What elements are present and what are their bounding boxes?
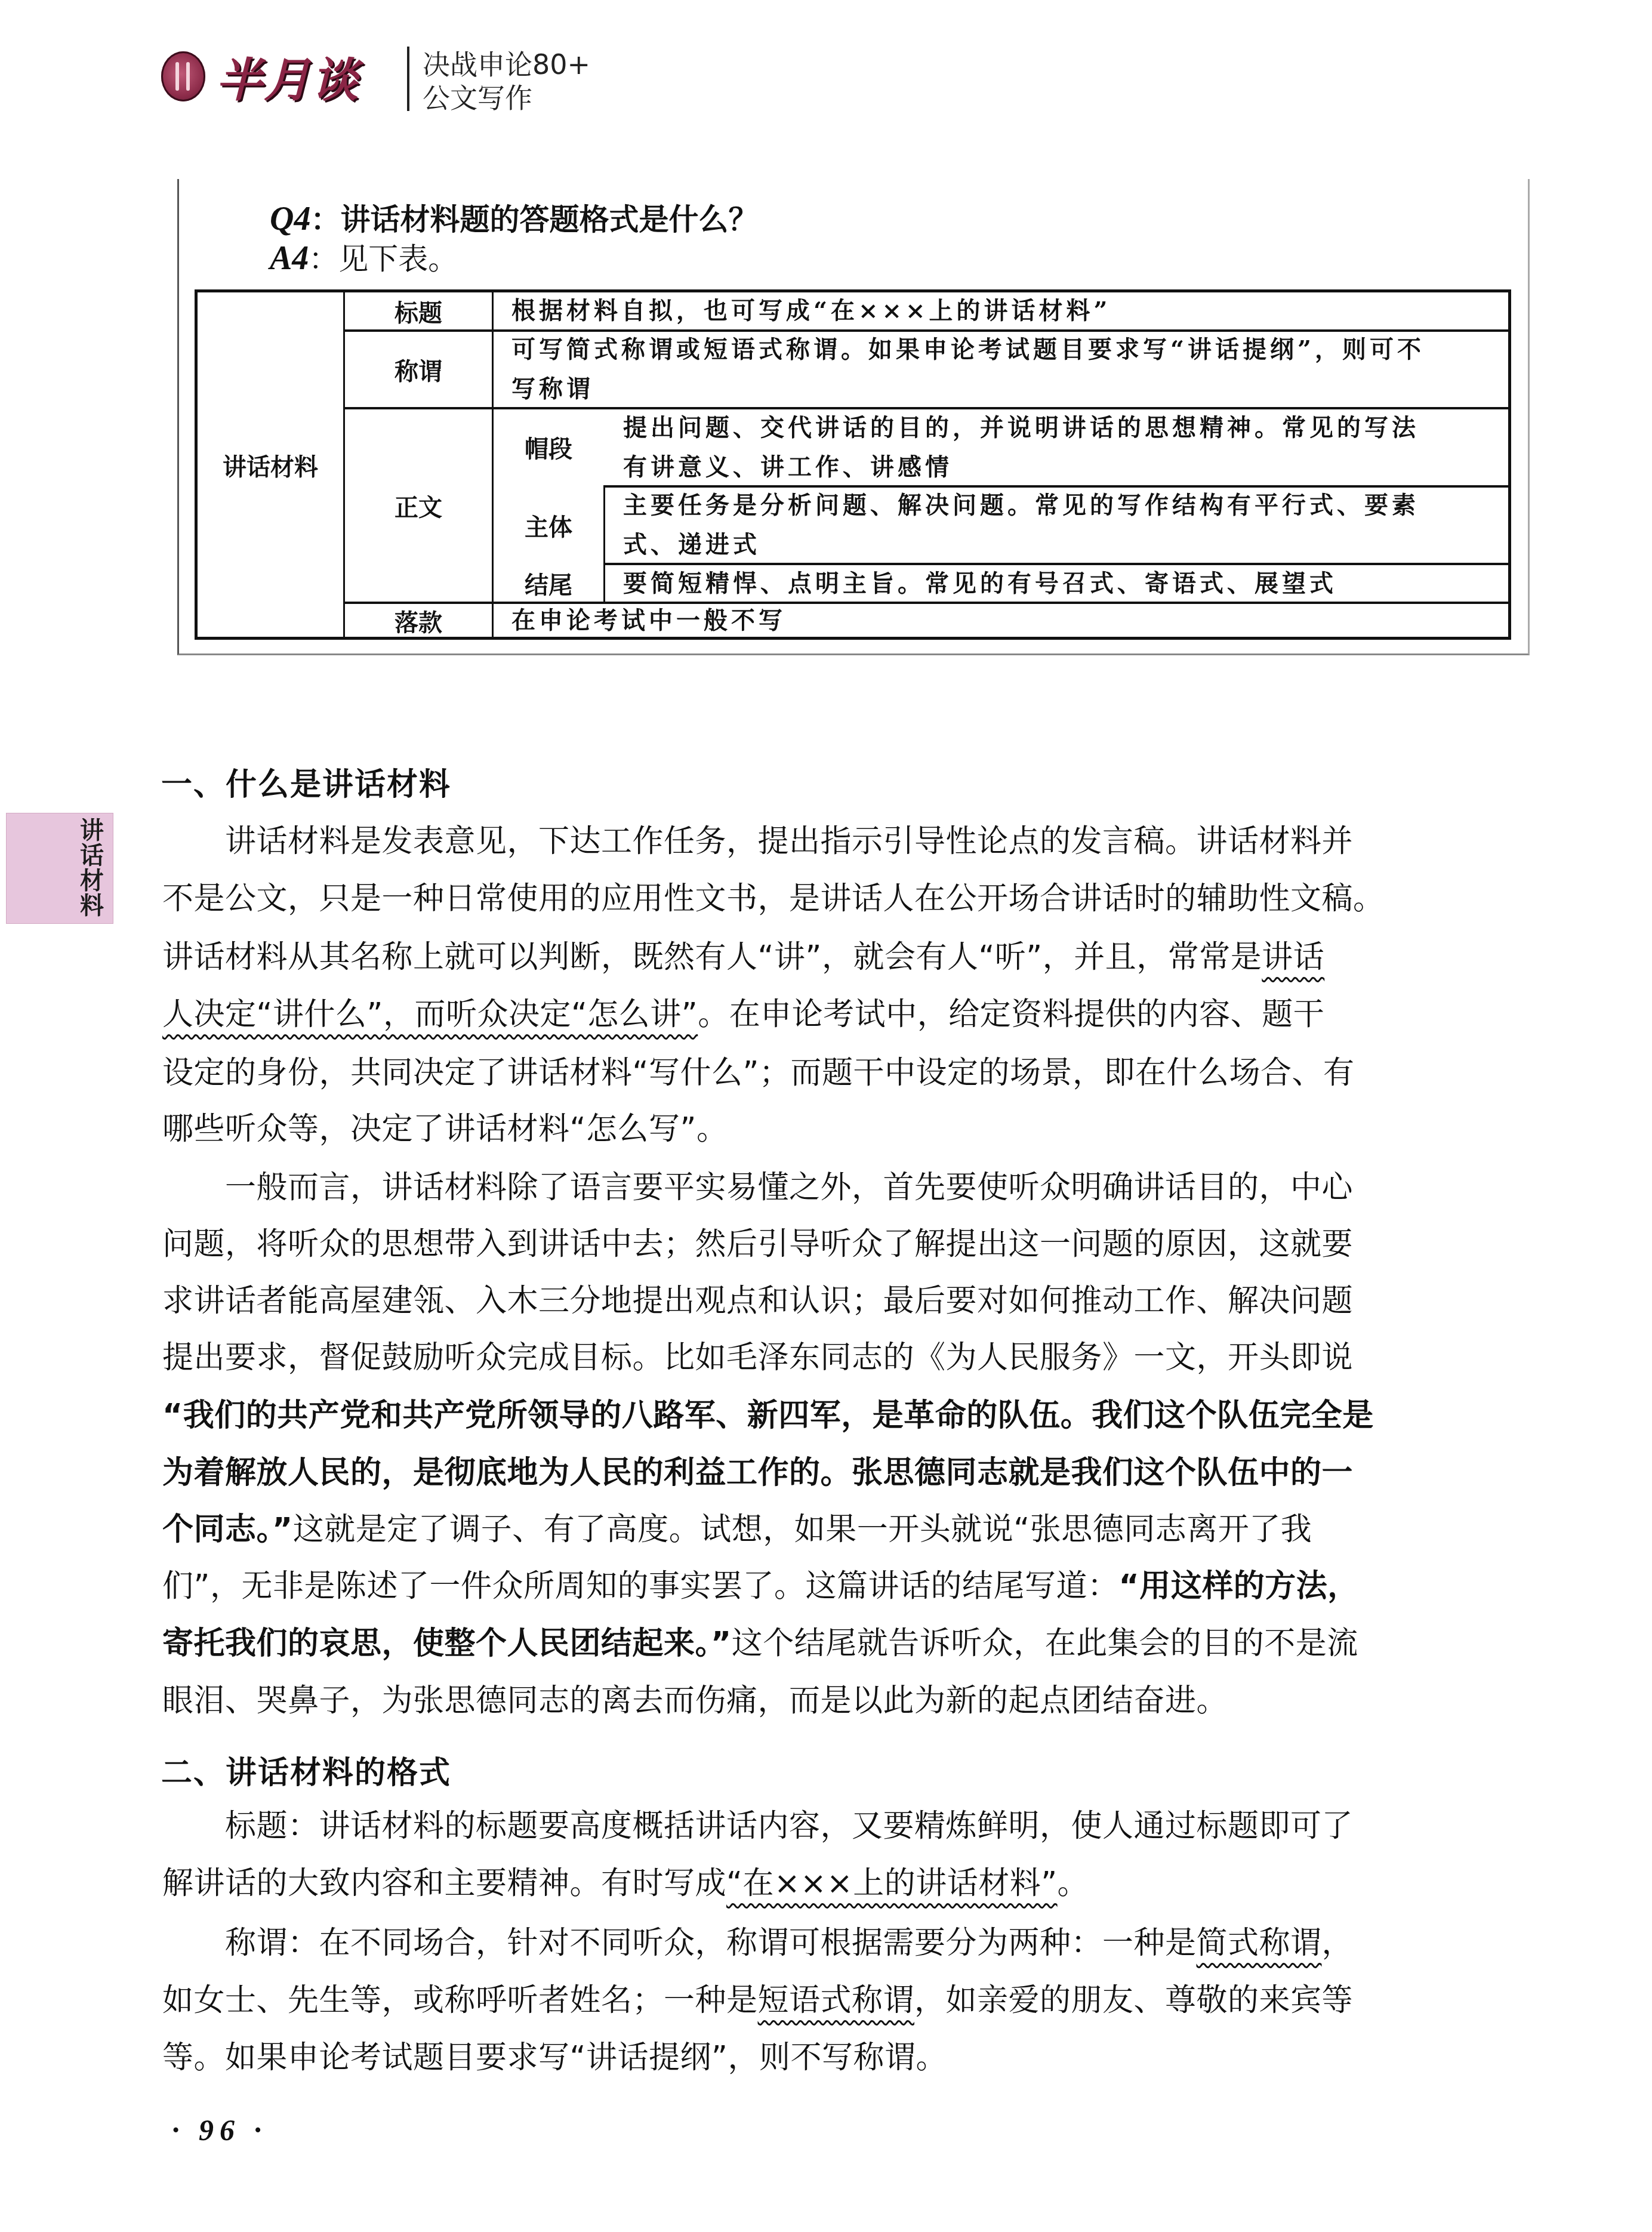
logo-emblem-icon [161,51,205,101]
table-root-cell: 讲话材料 [198,292,343,637]
series-title-line1: 决战申论80+ [423,48,590,81]
table-subrow-label: 结尾 [494,565,603,602]
question: Q4：讲话材料题的答题格式是什么？ [270,196,758,239]
row-label-signature: 落款 [394,604,442,638]
table-row-content: 根据材料自拟，也可写成“在×××上的讲话材料” [494,292,1508,329]
body-line: 们”，无非是陈述了一件众所周知的事实罢了。这篇讲话的结尾写道：“用这样的方法， [162,1568,1542,1604]
page-number: · 96 · [172,2113,267,2147]
text-span: 。在申论考试中，给定资料提供的内容、题干 [698,997,1324,1032]
row-content-salutation-l2: 写称谓 [511,369,594,409]
series-title: 决战申论80+ 公文写作 [423,48,590,115]
body-line: 提出要求，督促鼓励听众完成目标。比如毛泽东同志的《为人民服务》一文，开头即说 [162,1340,1542,1376]
table-subrow-content: 主要任务是分析问题、解决问题。常见的写作结构有平行式、要素 式、递进式 [605,488,1508,563]
body-line: 人决定“讲什么”，而听众决定“怎么讲”。在申论考试中，给定资料提供的内容、题干 [162,997,1542,1032]
row-content-title: 根据材料自拟，也可写成“在×××上的讲话材料” [511,291,1111,331]
body-line: 称谓：在不同场合，针对不同听众，称谓可根据需要分为两种：一种是简式称谓， [162,1925,1542,1961]
emphasis-wavy: “在×××上的讲话材料” [726,1866,1058,1901]
text-span: 讲话材料从其名称上就可以判断，既然有人“讲”，就会有人“听”，并且，常常是 [162,939,1262,975]
row-content-signature: 在申论考试中一般不写 [511,601,786,640]
answer-sep: ： [309,242,338,276]
emphasis-wavy: 人决定“讲什么”，而听众决定“怎么讲” [162,997,698,1032]
question-text: 讲话材料题的答题格式是什么？ [340,202,758,237]
body-line-quote: “我们的共产党和共产党所领导的八路军、新四军，是革命的队伍。我们这个队伍完全是 [162,1398,1542,1433]
subrow-content-main-l1: 主要任务是分析问题、解决问题。常见的写作结构有平行式、要素 [623,486,1419,525]
body-line: 设定的身份，共同决定了讲话材料“写什么”；而题干中设定的场景，即在什么场合、有 [162,1055,1542,1091]
publisher-logo: 半月谈 [161,47,388,106]
subrow-content-opening-l2: 有讲意义、讲工作、讲感情 [623,448,953,487]
brand-name: 半月谈 [216,43,359,110]
section1-heading: 一、什么是讲话材料 [161,759,451,804]
row-label-salutation: 称谓 [394,353,442,387]
body-line: 哪些听众等，决定了讲话材料“怎么写”。 [162,1111,1542,1147]
text-span: 这个结尾就告诉听众，在此集会的目的不是流 [732,1626,1358,1661]
table-row-label: 落款 [345,604,492,637]
body-line: 问题，将听众的思想带入到讲话中去；然后引导听众了解提出这一问题的原因，这就要 [162,1226,1542,1262]
table-row-label: 标题 [345,292,492,329]
table-row-content: 在申论考试中一般不写 [494,604,1508,637]
table-row-label: 正文 [345,409,492,602]
series-title-line2: 公文写作 [423,81,590,115]
body-line: 讲话材料是发表意见，下达工作任务，提出指示引导性论点的发言稿。讲话材料并 [162,824,1542,859]
text-span: 称谓：在不同场合，针对不同听众，称谓可根据需要分为两种：一种是 [162,1925,1197,1961]
text-span: ，如亲爱的朋友、尊敬的来宾等 [914,1983,1353,2018]
body-line: 寄托我们的哀思，使整个人民团结起来。”这个结尾就告诉听众，在此集会的目的不是流 [162,1626,1542,1661]
table-row-label: 称谓 [345,332,492,407]
body-line: 讲话材料从其名称上就可以判断，既然有人“讲”，就会有人“听”，并且，常常是讲话 [162,939,1542,975]
table-subrow-content: 要简短精悍、点明主旨。常见的有号召式、寄语式、展望式 [605,565,1508,602]
text-span: ， [1322,1925,1354,1961]
answer-label: A4 [270,240,309,277]
body-line: 个同志。”这就是定了调子、有了高度。试想，如果一开头就说“张思德同志离开了我 [162,1512,1542,1547]
chapter-side-tab: 讲话材料 [6,813,113,924]
text-span: 们”，无非是陈述了一件众所周知的事实罢了。这篇讲话的结尾写道： [162,1568,1118,1604]
subrow-content-opening-l1: 提出问题、交代讲话的目的，并说明讲话的思想精神。常见的写法 [623,408,1419,448]
subrow-label-main: 主体 [525,508,572,542]
answer-text: 见下表。 [338,242,458,276]
subrow-content-ending: 要简短精悍、点明主旨。常见的有号召式、寄语式、展望式 [623,564,1337,603]
body-line: 等。如果申论考试题目要求写“讲话提纲”，则不写称谓。 [162,2040,1542,2076]
header-divider [407,47,409,111]
section2-heading: 二、讲话材料的格式 [161,1747,451,1792]
body-line: 不是公文，只是一种日常使用的应用性文书，是讲话人在公开场合讲话时的辅助性文稿。 [162,881,1542,917]
question-sep: ： [310,202,340,237]
quote-span: 个同志。” [162,1512,293,1547]
table-root-label: 讲话材料 [223,448,318,482]
side-tab-label: 讲话材料 [77,818,107,918]
body-line: 一般而言，讲话材料除了语言要平实易懂之外，首先要使听众明确讲话目的，中心 [162,1170,1542,1206]
question-label: Q4 [270,201,310,238]
row-content-salutation-l1: 可写简式称谓或短语式称谓。如果申论考试题目要求写“讲话提纲”，则可不 [511,330,1425,369]
body-line: 求讲话者能高屋建瓴、入木三分地提出观点和认识；最后要对如何推动工作、解决问题 [162,1283,1542,1319]
body-line: 如女士、先生等，或称呼听者姓名；一种是短语式称谓，如亲爱的朋友、尊敬的来宾等 [162,1983,1542,2018]
row-label-title: 标题 [394,294,442,328]
format-table: 讲话材料 标题 根据材料自拟，也可写成“在×××上的讲话材料” 称谓 可写简式称… [195,289,1511,640]
emphasis-wavy: 短语式称谓 [758,1983,915,2018]
text-span: 解讲话的大致内容和主要精神。有时写成 [162,1866,726,1901]
quote-span: 寄托我们的哀思，使整个人民团结起来。” [162,1626,732,1661]
subrow-label-opening: 帽段 [525,430,572,464]
answer: A4：见下表。 [270,235,458,278]
emphasis-wavy: 讲话 [1262,939,1324,975]
table-subrow-label: 帽段 [494,409,603,485]
text-span: 。 [1058,1866,1089,1901]
text-span: 如女士、先生等，或称呼听者姓名；一种是 [162,1983,758,2018]
emphasis-wavy: 简式称谓 [1197,1925,1322,1961]
table-subrow-label: 主体 [494,488,603,563]
row-label-body: 正文 [394,489,442,523]
body-line-quote: 为着解放人民的，是彻底地为人民的利益工作的。张思德同志就是我们这个队伍中的一 [162,1455,1542,1491]
body-line: 标题：讲话材料的标题要高度概括讲话内容，又要精炼鲜明，使人通过标题即可了 [162,1808,1542,1844]
subrow-label-ending: 结尾 [525,566,572,600]
table-row-content: 可写简式称谓或短语式称谓。如果申论考试题目要求写“讲话提纲”，则可不 写称谓 [494,332,1508,407]
quote-span: “用这样的方法， [1118,1568,1358,1604]
body-line: 解讲话的大致内容和主要精神。有时写成“在×××上的讲话材料”。 [162,1866,1542,1901]
subrow-content-main-l2: 式、递进式 [623,525,760,565]
text-span: 这就是定了调子、有了高度。试想，如果一开头就说“张思德同志离开了我 [293,1512,1312,1547]
body-line: 眼泪、哭鼻子，为张思德同志的离去而伤痛，而是以此为新的起点团结奋进。 [162,1683,1542,1719]
table-subrow-content: 提出问题、交代讲话的目的，并说明讲话的思想精神。常见的写法 有讲意义、讲工作、讲… [605,409,1508,485]
